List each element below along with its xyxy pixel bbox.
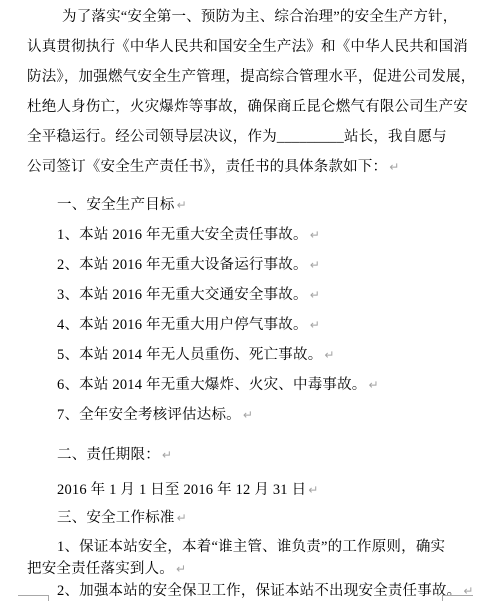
intro-line: 杜绝人身伤亡，火灾爆炸等事故，确保商丘昆仑燃气有限公司生产安 [27,92,464,122]
list-item-text: 4、本站 2016 年无重大用户停气事故。 [57,317,308,333]
paragraph-mark-icon: ↵ [175,198,187,212]
section2-heading: 二、责任期限：↵ [27,440,464,470]
list-item: 5、本站 2014 年无人员重伤、死亡事故。↵ [27,340,464,370]
document-page: 为了落实“安全第一、预防为主、综合治理”的安全生产方针， 认真贯彻执行《中华人民… [0,0,490,608]
intro-line-text: 全平稳运行。经公司领导层决议，作为_________站长，我自愿与 [27,129,447,145]
paragraph-mark-icon: ↵ [175,511,187,525]
paragraph-mark-icon: ↵ [308,318,320,332]
section1-heading-text: 一、安全生产目标 [57,197,175,213]
paragraph-mark-icon: ↵ [241,408,253,422]
intro-line: 认真贯彻执行《中华人民共和国安全生产法》和《中华人民共和国消 [27,32,464,62]
intro-line: 防法》，加强燃气安全生产管理，提高综合管理水平，促进公司发展， [27,62,464,92]
paragraph-mark-icon: ↵ [160,448,172,462]
intro-line-text: 杜绝人身伤亡，火灾爆炸等事故，确保商丘昆仑燃气有限公司生产安 [27,99,468,115]
text-line: 2、加强本站的安全保卫工作，保证本站不出现安全责任事故。↵ [27,580,464,602]
list-item: 6、本站 2014 年无重大爆炸、火灾、中毒事故。↵ [27,370,464,400]
intro-line: 公司签订《安全生产责任书》，责任书的具体条款如下：↵ [27,152,464,182]
section2-heading-text: 二、责任期限： [57,447,160,463]
list-item-text: 7、全年安全考核评估达标。 [57,407,241,423]
paragraph-mark-icon: ↵ [322,348,334,362]
intro-line: 全平稳运行。经公司领导层决议，作为_________站长，我自愿与 [27,122,464,152]
text-line: 1、保证本站安全，本着“谁主管、谁负责”的工作原则，确实 [27,536,464,558]
list-item-text: 5、本站 2014 年无人员重伤、死亡事故。 [57,347,322,363]
document-text-area: 为了落实“安全第一、预防为主、综合治理”的安全生产方针， 认真贯彻执行《中华人民… [27,2,464,602]
list-item: 2、本站 2016 年无重大设备运行事故。↵ [27,250,464,280]
period-line: 2016 年 1 月 1 日至 2016 年 12 月 31 日↵ [27,475,464,505]
intro-line: 为了落实“安全第一、预防为主、综合治理”的安全生产方针， [27,2,464,32]
text-boundary-mark-bottom-right [442,595,473,601]
list-item: 4、本站 2016 年无重大用户停气事故。↵ [27,310,464,340]
list-item: 7、全年安全考核评估达标。↵ [27,400,464,430]
text-line-text: 2、加强本站的安全保卫工作，保证本站不出现安全责任事故。 [57,583,461,599]
section3-heading: 三、安全工作标准↵ [27,503,464,533]
paragraph-mark-icon: ↵ [308,228,320,242]
list-item-text: 2、本站 2016 年无重大设备运行事故。 [57,257,308,273]
section3-heading-text: 三、安全工作标准 [57,510,175,526]
intro-line-text: 为了落实“安全第一、预防为主、综合治理”的安全生产方针， [62,9,457,25]
text-line: 把安全责任落实到人。↵ [27,558,464,580]
list-item: 1、本站 2016 年无重大安全责任事故。↵ [27,220,464,250]
section1-heading: 一、安全生产目标↵ [27,190,464,220]
list-item-text: 3、本站 2016 年无重大交通安全事故。 [57,287,308,303]
paragraph-mark-icon: ↵ [387,160,399,174]
paragraph-mark-icon: ↵ [174,562,186,576]
paragraph-mark-icon: ↵ [308,258,320,272]
paragraph-mark-icon: ↵ [308,288,320,302]
text-line-text: 1、保证本站安全，本着“谁主管、谁负责”的工作原则，确实 [57,539,445,555]
intro-line-text: 防法》，加强燃气安全生产管理，提高综合管理水平，促进公司发展， [27,69,475,85]
paragraph-mark-icon: ↵ [367,378,379,392]
list-item-text: 6、本站 2014 年无重大爆炸、火灾、中毒事故。 [57,377,367,393]
period-line-text: 2016 年 1 月 1 日至 2016 年 12 月 31 日 [57,482,306,498]
list-item-text: 1、本站 2016 年无重大安全责任事故。 [57,227,308,243]
paragraph-mark-icon: ↵ [306,483,318,497]
list-item: 3、本站 2016 年无重大交通安全事故。↵ [27,280,464,310]
text-line-text: 把安全责任落实到人。 [27,561,174,577]
text-boundary-mark-bottom-left [18,595,49,601]
intro-line-text: 公司签订《安全生产责任书》，责任书的具体条款如下： [27,159,387,175]
intro-line-text: 认真贯彻执行《中华人民共和国安全生产法》和《中华人民共和国消 [27,39,468,55]
